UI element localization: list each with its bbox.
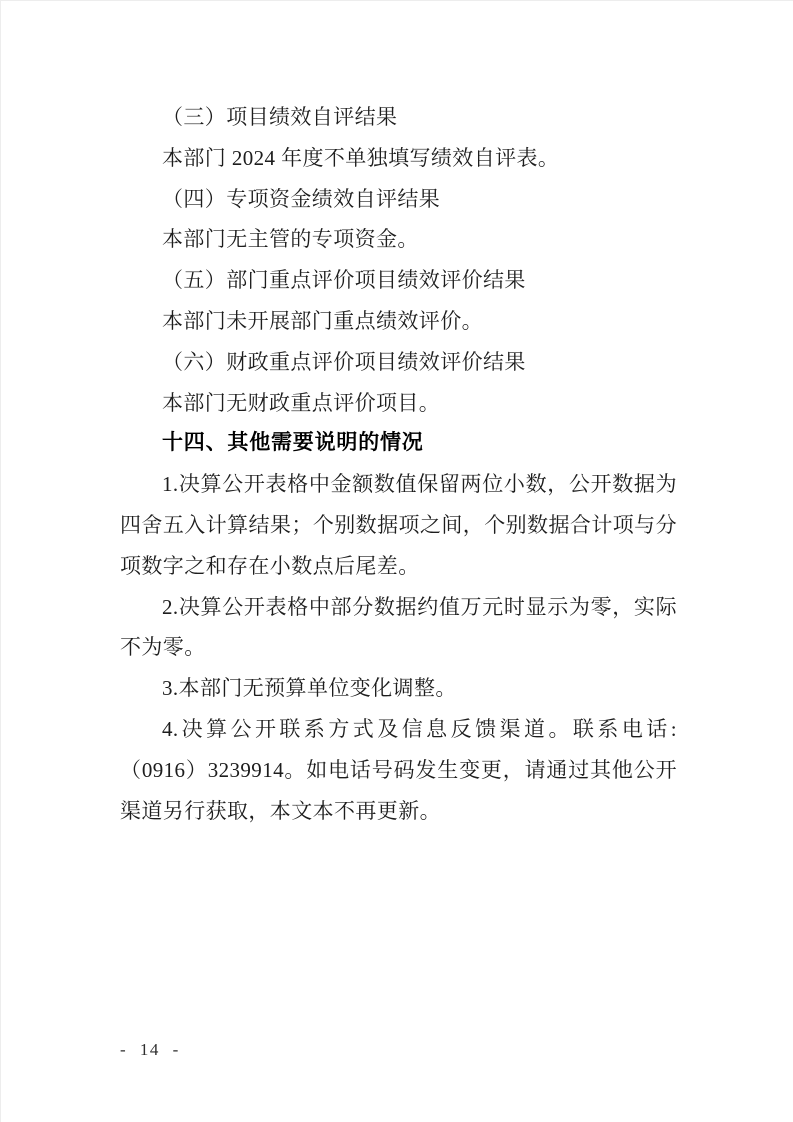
body-paragraph: 本部门无主管的专项资金。 [120, 219, 677, 260]
sub-heading: （五）部门重点评价项目绩效评价结果 [120, 260, 677, 301]
section-heading: 十四、其他需要说明的情况 [120, 423, 677, 464]
document-body: （三）项目绩效自评结果本部门 2024 年度不单独填写绩效自评表。（四）专项资金… [120, 97, 677, 831]
sub-heading: （三）项目绩效自评结果 [120, 97, 677, 138]
body-paragraph: 1.决算公开表格中金额数值保留两位小数，公开数据为四舍五入计算结果；个别数据项之… [120, 464, 677, 586]
body-paragraph: 本部门 2024 年度不单独填写绩效自评表。 [120, 138, 677, 179]
body-paragraph: 4.决算公开联系方式及信息反馈渠道。联系电话:（0916）3239914。如电话… [120, 709, 677, 831]
sub-heading: （六）财政重点评价项目绩效评价结果 [120, 342, 677, 383]
body-paragraph: 2.决算公开表格中部分数据约值万元时显示为零，实际不为零。 [120, 587, 677, 669]
document-page: （三）项目绩效自评结果本部门 2024 年度不单独填写绩效自评表。（四）专项资金… [0, 0, 793, 1122]
body-paragraph: 3.本部门无预算单位变化调整。 [120, 668, 677, 709]
body-paragraph: 本部门无财政重点评价项目。 [120, 383, 677, 424]
sub-heading: （四）专项资金绩效自评结果 [120, 179, 677, 220]
body-paragraph: 本部门未开展部门重点绩效评价。 [120, 301, 677, 342]
page-number: - 14 - [120, 1040, 180, 1060]
